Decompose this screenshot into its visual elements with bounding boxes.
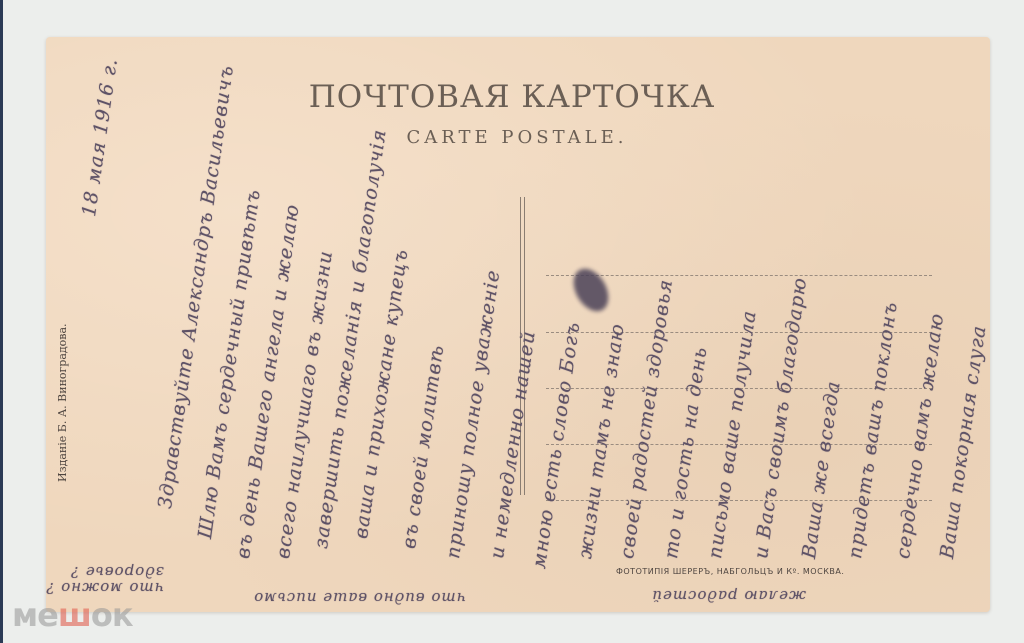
- watermark-text: ок: [91, 596, 133, 634]
- watermark-text: ме: [12, 596, 58, 634]
- handwritten-line: въ своей молитвѣ: [398, 343, 448, 550]
- handwritten-line: мною есть слово Богъ: [528, 320, 584, 570]
- handwritten-line: придетъ вашъ поклонъ: [844, 300, 902, 560]
- handwritten-bottom-line: что видно ваше письмо: [253, 589, 466, 607]
- handwritten-date: 18 мая 1916 г.: [78, 57, 122, 218]
- meshok-watermark-logo: мешок: [12, 596, 133, 634]
- handwritten-line: письмо ваше получила: [704, 309, 761, 560]
- publisher-imprint: Изданіе Б. А. Виноградова.: [56, 323, 69, 482]
- handwritten-line: то и гость на день: [660, 345, 712, 560]
- printer-imprint: ФОТОТИПІЯ ШЕРЕРЪ, НАБГОЛЬЦЪ И Кº. МОСКВА…: [616, 567, 844, 576]
- postcard-title-russian: ПОЧТОВАЯ КАРТОЧКА: [252, 79, 772, 115]
- address-line: [546, 275, 932, 276]
- handwritten-bottom-line: желаю радостей: [651, 587, 806, 605]
- watermark-icon: ш: [58, 596, 91, 634]
- ink-blot: [567, 263, 616, 318]
- handwritten-line: и немедленно нашей: [486, 329, 540, 560]
- window-edge: [0, 0, 3, 643]
- postcard-title-french: CARTE POSTALE.: [352, 127, 682, 148]
- postcard: ПОЧТОВАЯ КАРТОЧКА CARTE POSTALE. Изданіе…: [46, 37, 990, 612]
- handwritten-bottom-line: здоровье ?: [70, 563, 164, 581]
- handwritten-bottom-line: что можно ?: [46, 579, 164, 597]
- handwritten-line: Ваша же всегда: [798, 379, 845, 560]
- handwritten-line: Ваша покорная слуга: [936, 324, 990, 560]
